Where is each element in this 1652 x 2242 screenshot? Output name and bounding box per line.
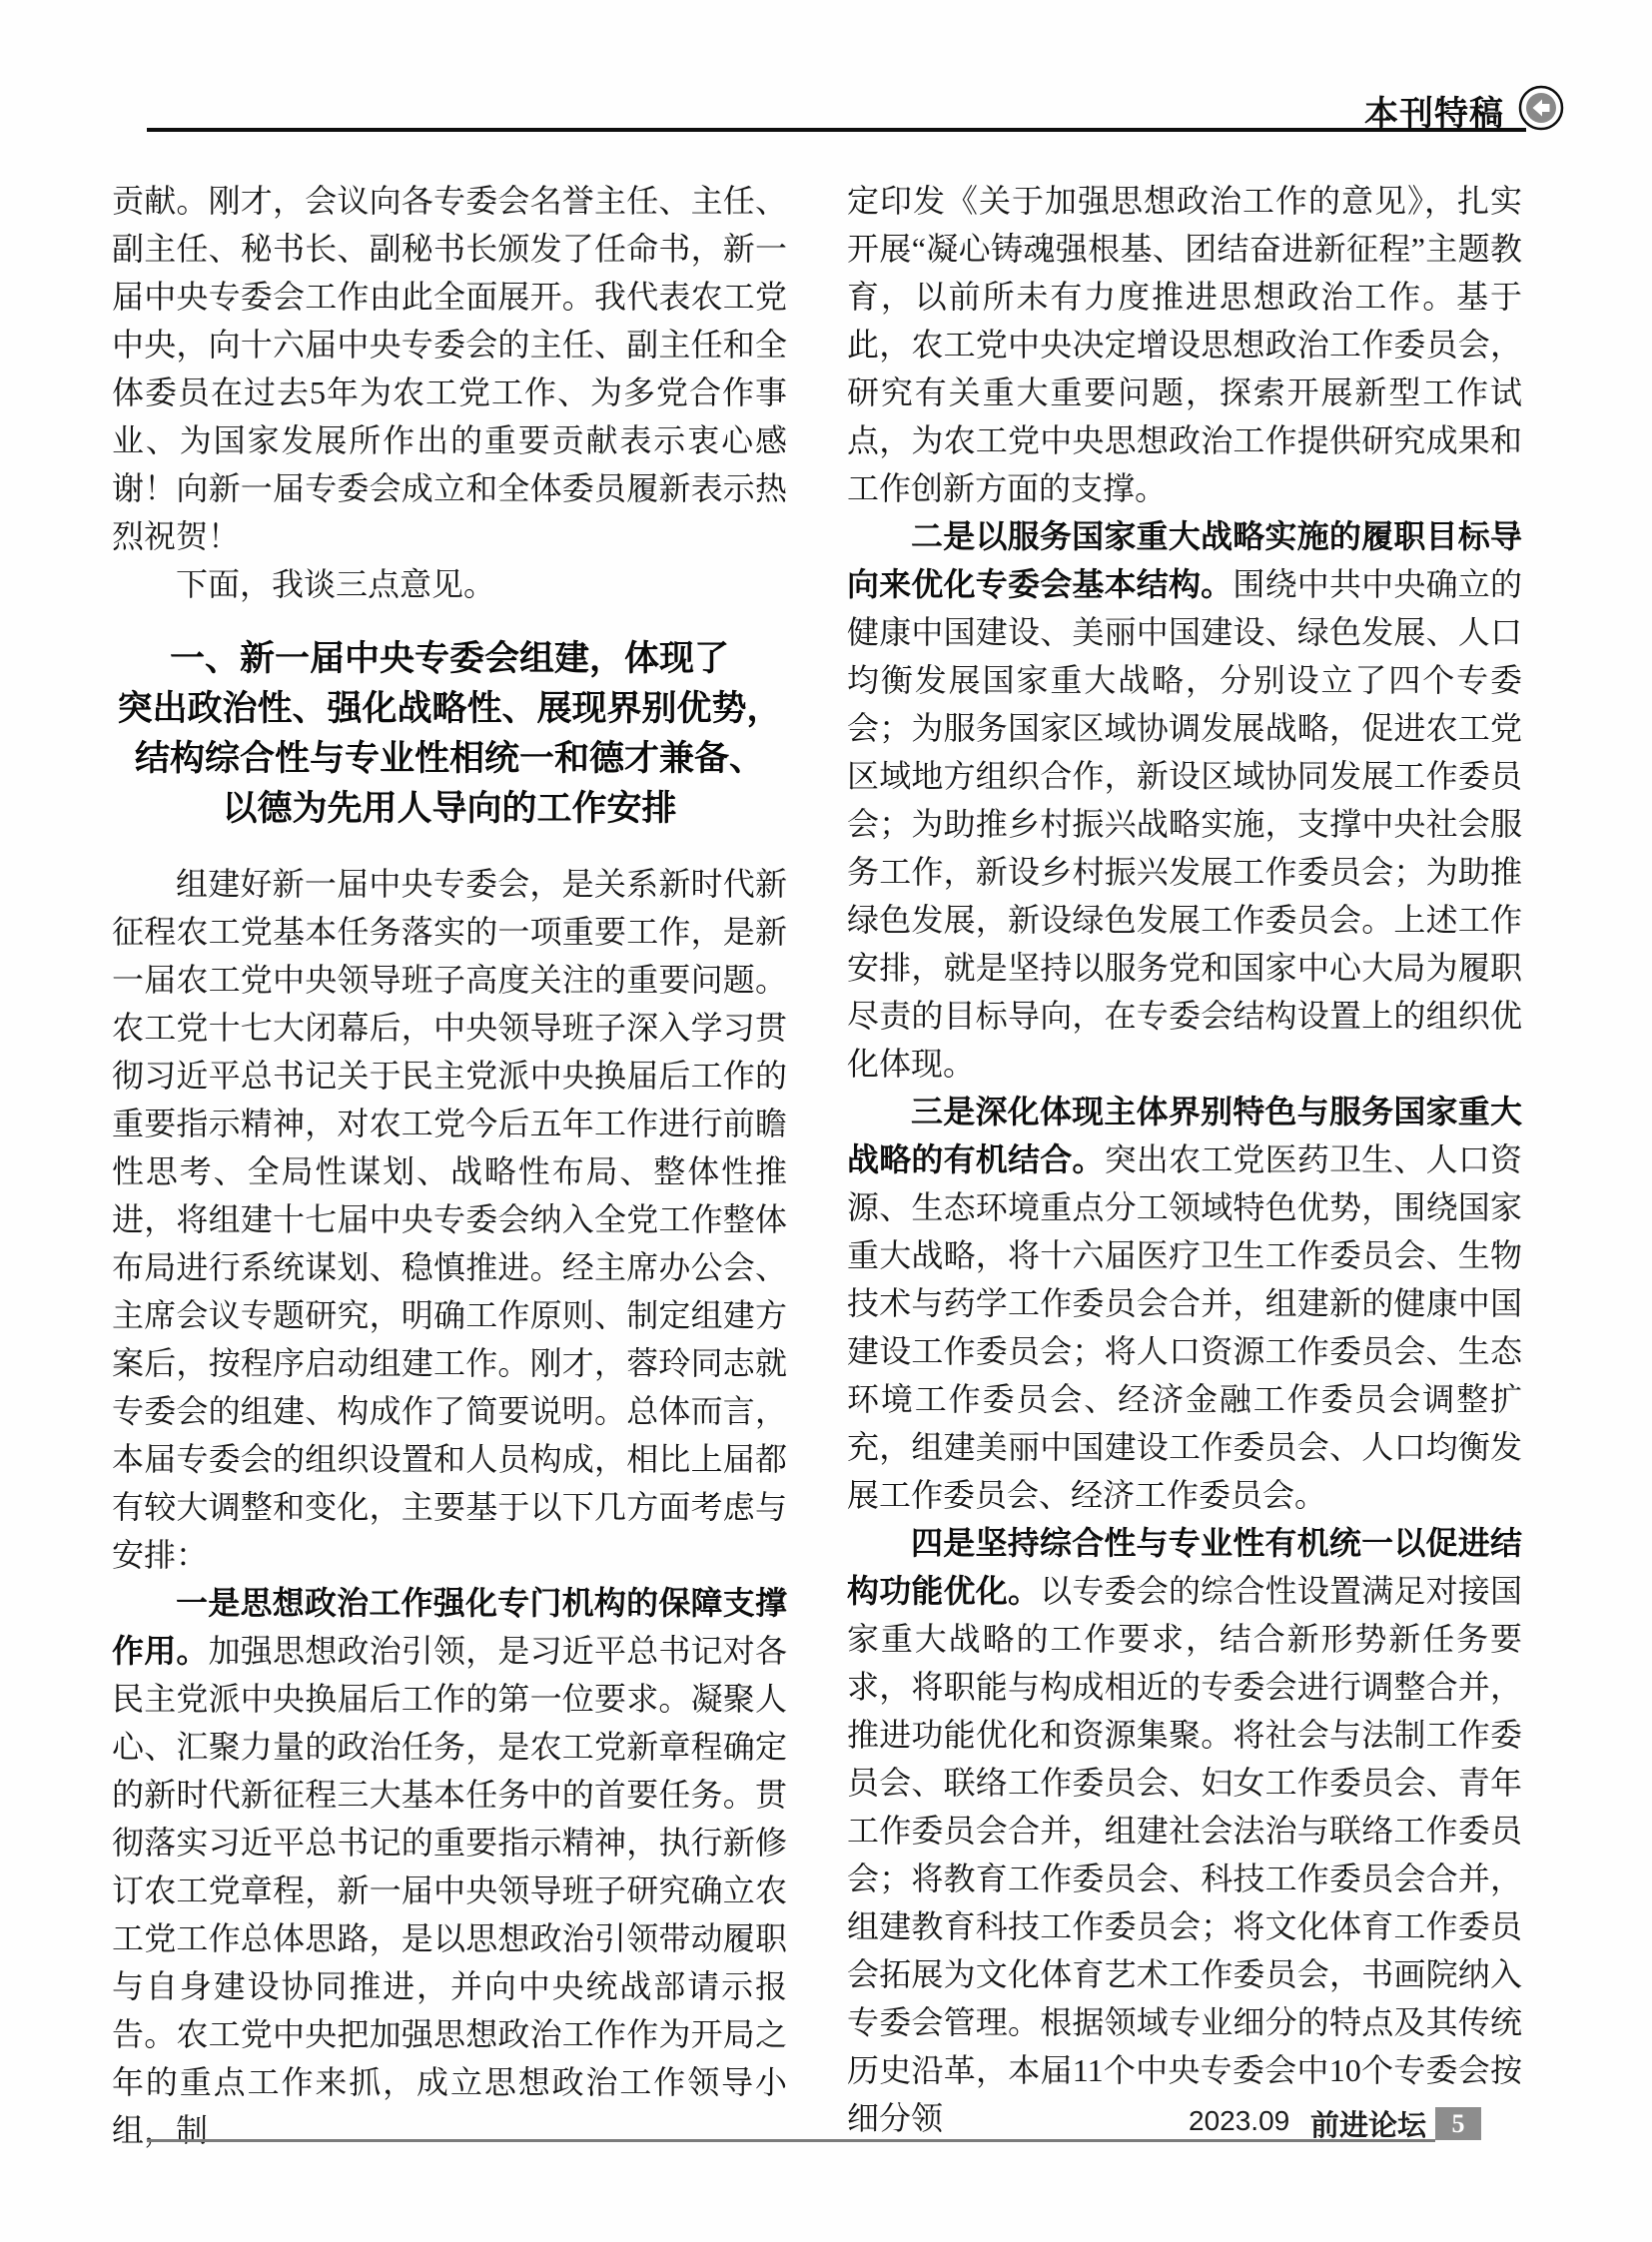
paragraph-continuation: 定印发《关于加强思想政治工作的意见》，扎实开展“凝心铸魂强根基、团结奋进新征程”… (847, 177, 1522, 512)
paragraph-intro: 下面，我谈三点意见。 (112, 560, 787, 608)
paragraph-point-1: 一是思想政治工作强化专门机构的保障支撑作用。加强思想政治引领，是习近平总书记对各… (112, 1579, 787, 2154)
point-4-body: 以专委会的综合性设置满足对接国家重大战略的工作要求，结合新形势新任务要求，将职能… (847, 1573, 1522, 2136)
magazine-page: 本刊特稿 贡献。刚才，会议向各专委会名誉主任、主任、副主任、秘书长、副秘书长颁发… (0, 0, 1652, 2242)
page-number-badge: 5 (1435, 2107, 1481, 2140)
point-2-body: 围绕中共中央确立的健康中国建设、美丽中国建设、绿色发展、人口均衡发展国家重大战略… (847, 566, 1522, 1082)
point-1-body: 加强思想政治引领，是习近平总书记对各民主党派中央换届后工作的第一位要求。凝聚人心… (112, 1633, 787, 2148)
left-column: 贡献。刚才，会议向各专委会名誉主任、主任、副主任、秘书长、副秘书长颁发了任命书，… (112, 177, 787, 2154)
paragraph-point-4: 四是坚持综合性与专业性有机统一以促进结构功能优化。以专委会的综合性设置满足对接国… (847, 1519, 1522, 2142)
section-heading: 一、新一届中央专委会组建，体现了 突出政治性、强化战略性、展现界别优势， 结构综… (112, 634, 787, 834)
paragraph-committee-build: 组建好新一届中央专委会，是关系新时代新征程农工党基本任务落实的一项重要工作，是新… (112, 860, 787, 1579)
back-arrow-circle-svg (1518, 85, 1566, 133)
section-label: 本刊特稿 (1364, 86, 1504, 135)
footer-rule (147, 2139, 1435, 2142)
journal-name: 前进论坛 (1310, 2103, 1426, 2144)
issue-date: 2023.09 (1189, 2105, 1289, 2137)
header-rule (147, 128, 1526, 132)
paragraph-point-3: 三是深化体现主体界别特色与服务国家重大战略的有机结合。突出农工党医药卫生、人口资… (847, 1088, 1522, 1519)
back-arrow-circle-icon (1518, 85, 1566, 133)
right-column: 定印发《关于加强思想政治工作的意见》，扎实开展“凝心铸魂强根基、团结奋进新征程”… (847, 177, 1522, 2142)
paragraph-point-2: 二是以服务国家重大战略实施的履职目标导向来优化专委会基本结构。围绕中共中央确立的… (847, 512, 1522, 1088)
point-3-body: 突出农工党医药卫生、人口资源、生态环境重点分工领域特色优势，围绕国家重大战略，将… (847, 1141, 1522, 1513)
paragraph-continuation: 贡献。刚才，会议向各专委会名誉主任、主任、副主任、秘书长、副秘书长颁发了任命书，… (112, 177, 787, 560)
